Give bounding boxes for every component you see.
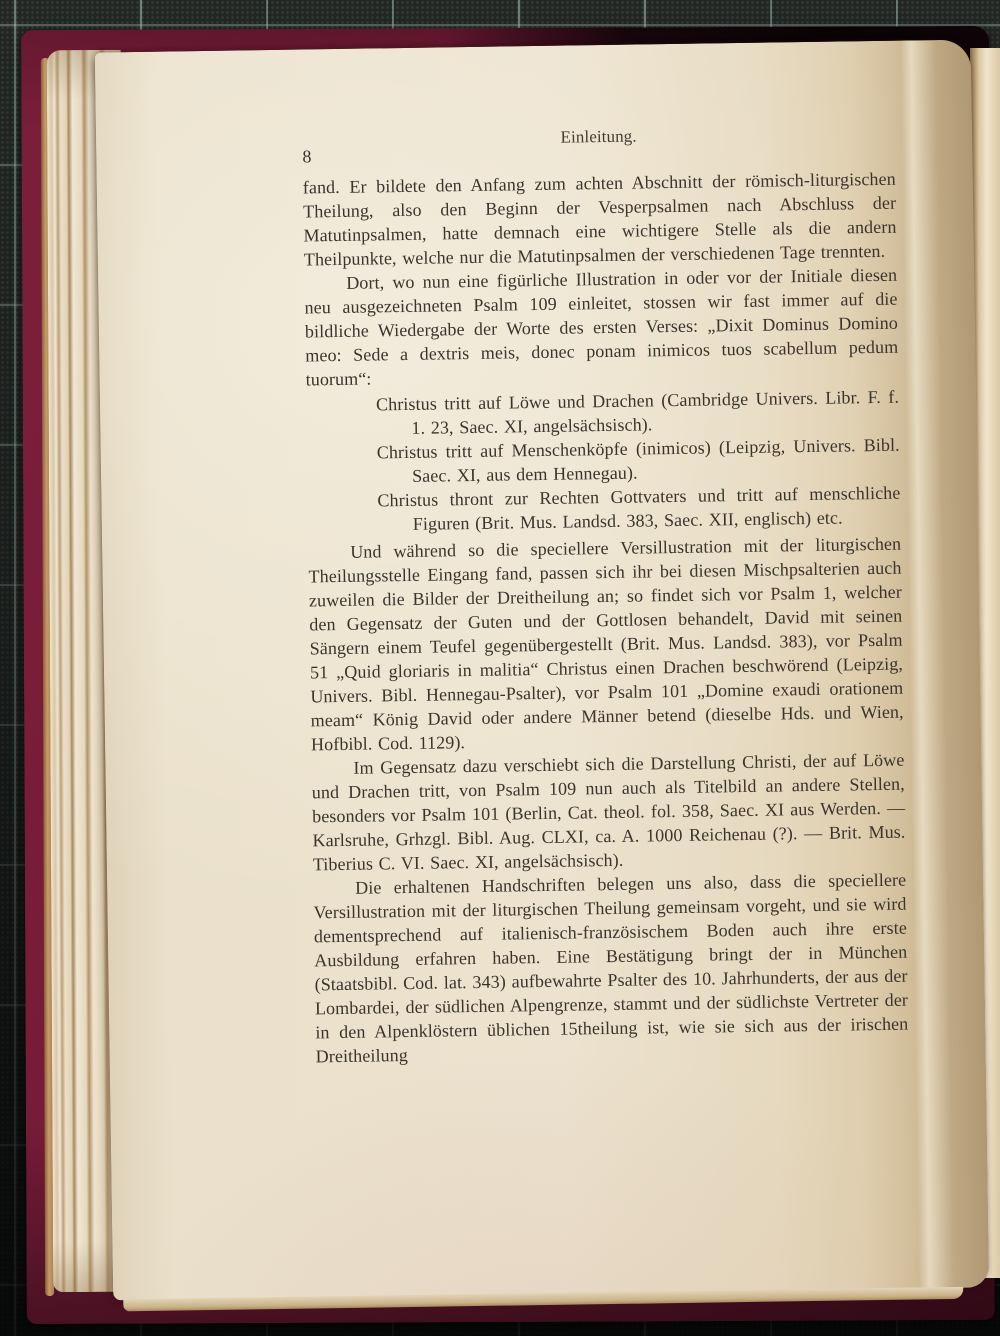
paragraph-2: Dort, wo nun eine figürliche Illustratio… xyxy=(304,263,899,392)
page-number: 8 xyxy=(302,144,311,168)
paragraph-4: Im Gegensatz dazu verschiebt sich die Da… xyxy=(311,748,906,877)
paragraph-5: Die erhaltenen Handschriften belegen uns… xyxy=(313,868,909,1069)
paragraph-3: Und während so die speciellere Versillus… xyxy=(308,532,904,757)
book-page: 8 Einleitung. fand. Er bildete den Anfan… xyxy=(95,40,989,1301)
list-item: Christus thront zur Rechten Gottvaters u… xyxy=(307,481,901,538)
paragraph-1: fand. Er bildete den Anfang zum achten A… xyxy=(303,167,897,272)
example-list: Christus tritt auf Löwe und Drachen (Cam… xyxy=(306,385,901,538)
page-text-block: 8 Einleitung. fand. Er bildete den Anfan… xyxy=(95,40,989,1301)
running-head: Einleitung. xyxy=(302,121,895,154)
photo-of-open-book: 8 Einleitung. fand. Er bildete den Anfan… xyxy=(0,0,1000,1336)
list-item: Christus tritt auf Menschenköpfe (inimic… xyxy=(307,433,901,490)
page-header: 8 Einleitung. xyxy=(302,121,896,176)
list-item: Christus tritt auf Löwe und Drachen (Cam… xyxy=(306,385,900,442)
